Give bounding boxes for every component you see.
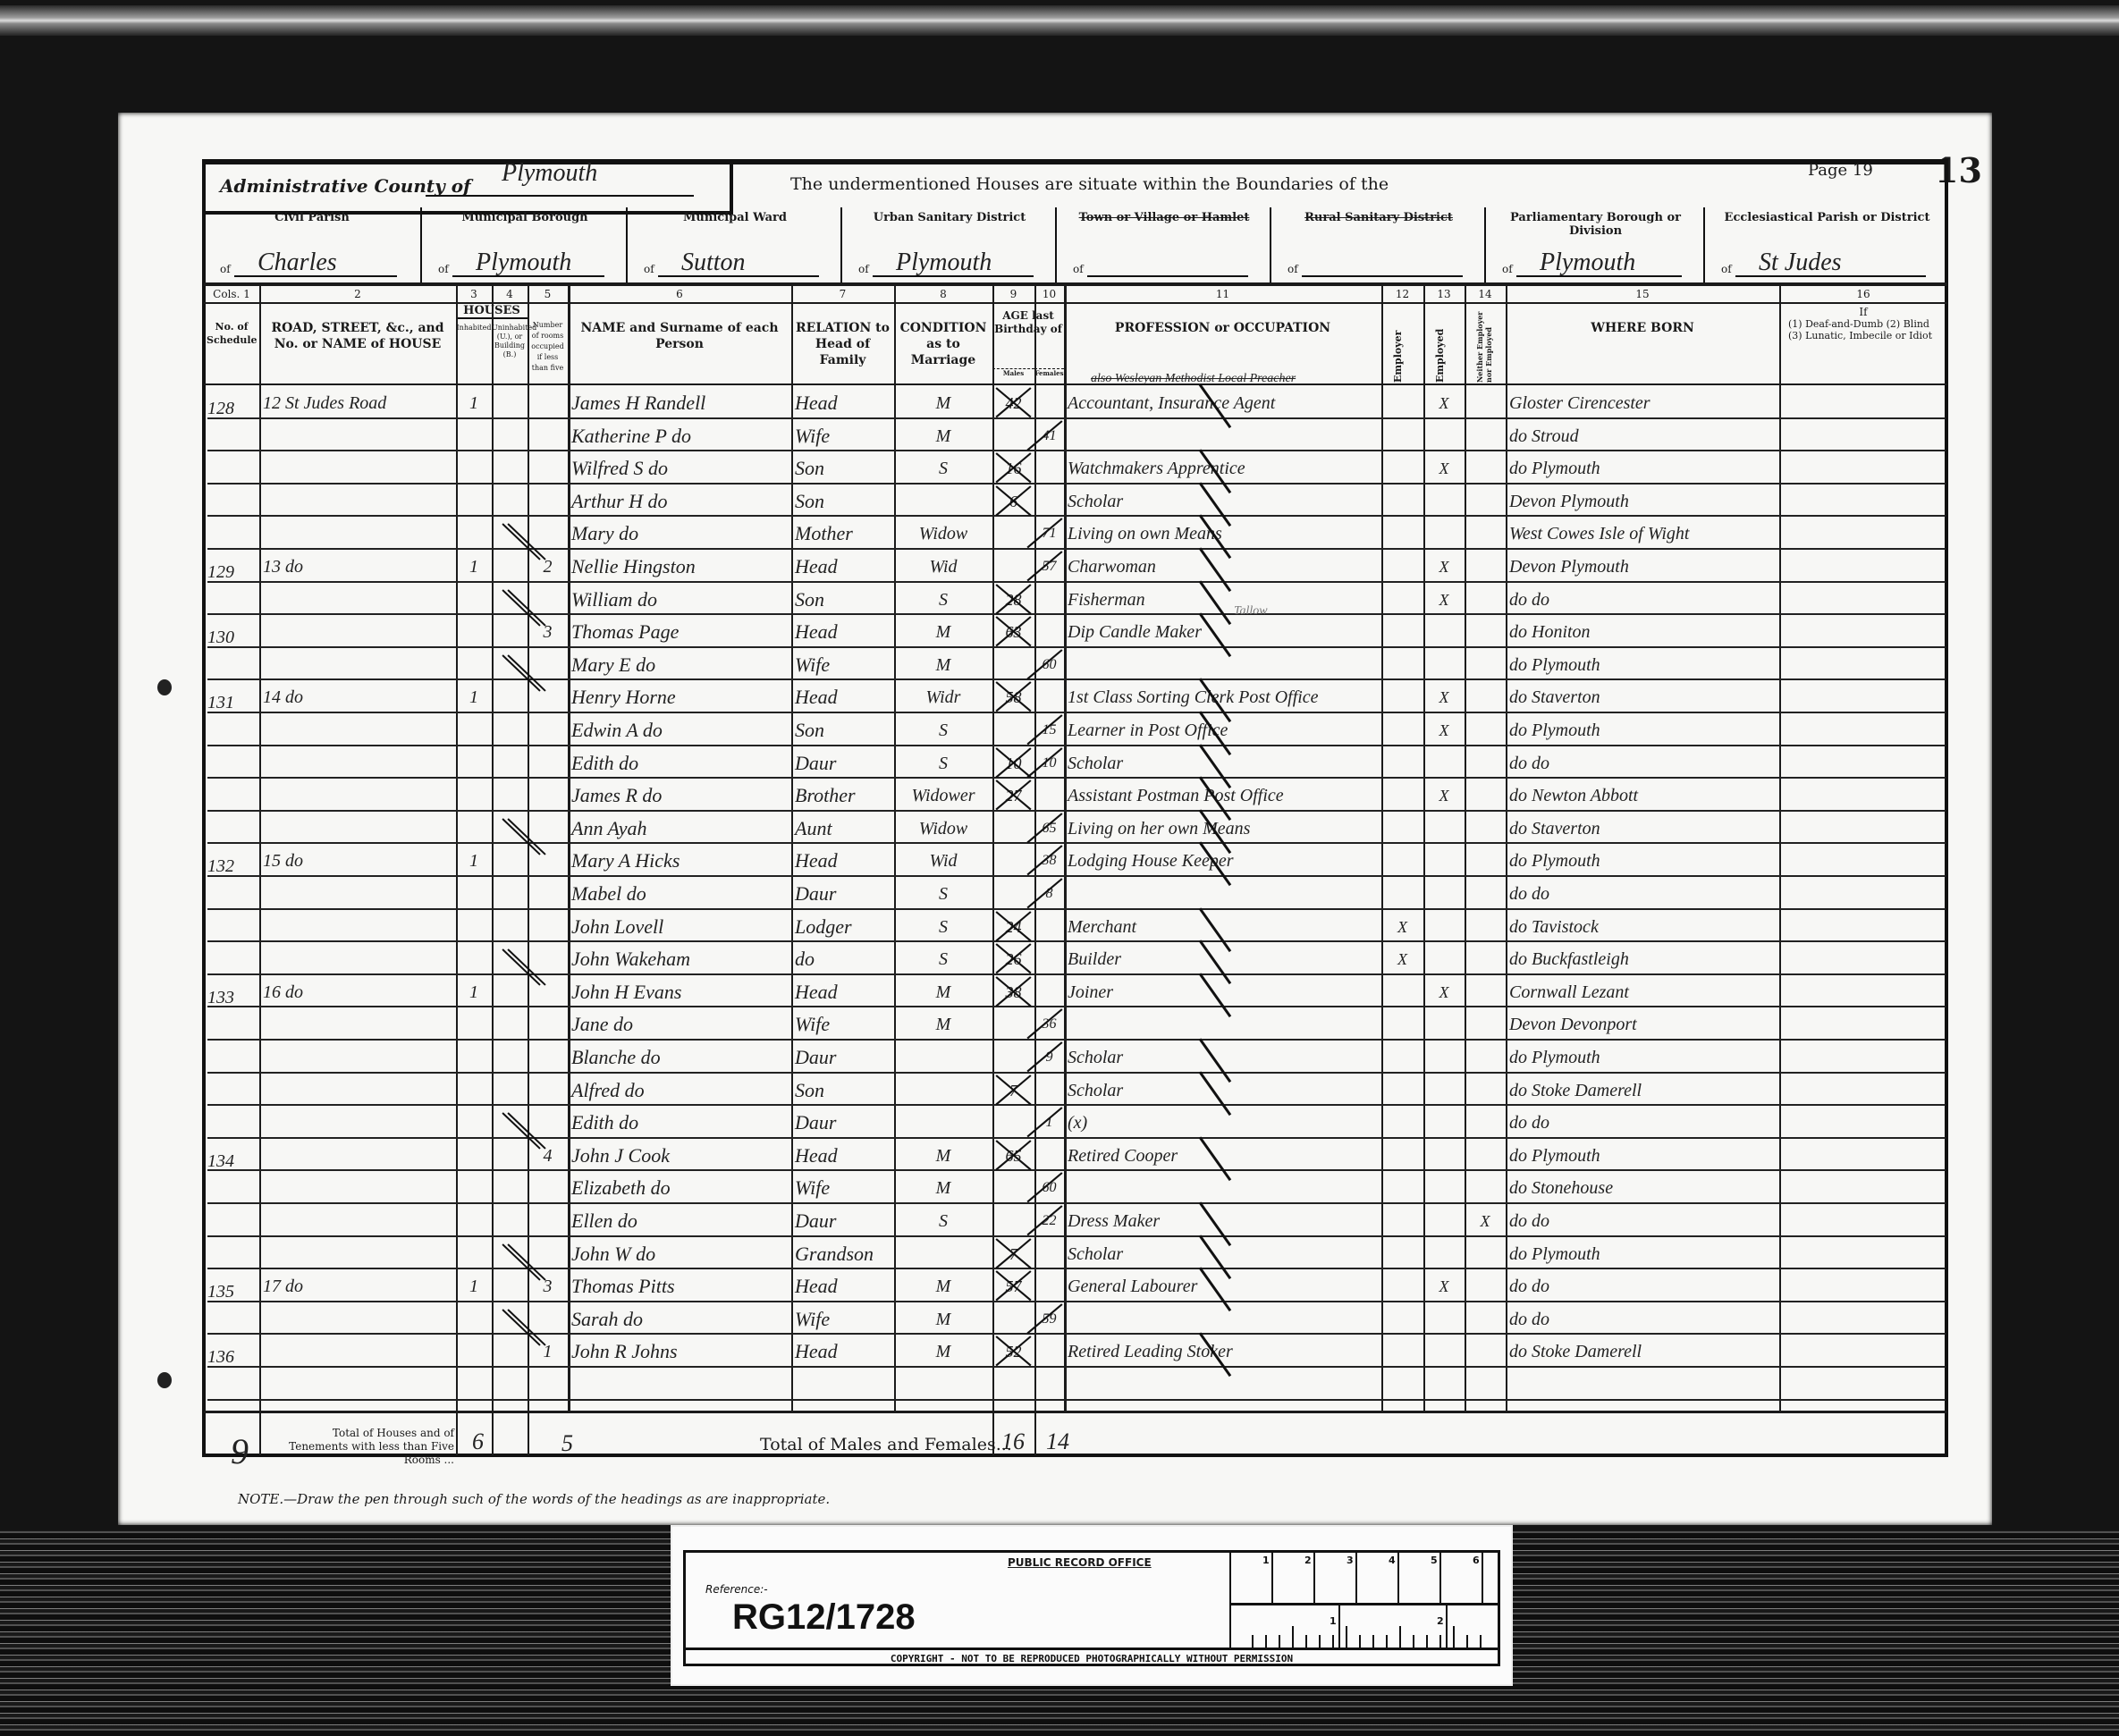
schedule-number: 136 — [207, 1344, 256, 1371]
marital-condition: Wid — [898, 553, 989, 581]
scale-tick — [1319, 1635, 1321, 1648]
tally-cross-icon — [994, 1335, 1033, 1368]
row-rule — [207, 1399, 1946, 1401]
birthplace: do Plymouth — [1509, 1044, 1776, 1072]
column-number: 8 — [894, 288, 992, 300]
birthplace: do Plymouth — [1509, 1142, 1776, 1170]
relation: Son — [795, 488, 891, 516]
employer-mark: X — [1385, 946, 1420, 973]
scale-cm-label: 3 — [1347, 1555, 1354, 1566]
column-header-schedule: No. of Schedule — [207, 320, 257, 347]
page-label: Page 19 — [1808, 161, 1873, 180]
tally-stroke-icon — [1026, 713, 1064, 746]
household-separator-icon — [499, 1111, 570, 1150]
scale-tick — [1346, 1626, 1347, 1648]
scale-tick — [1292, 1626, 1294, 1648]
marital-condition: Widower — [898, 782, 989, 810]
column-header-employer: Employer — [1392, 311, 1404, 383]
marital-condition: M — [898, 619, 989, 646]
household-separator-icon — [499, 1243, 570, 1282]
reference-slip: PUBLIC RECORD OFFICE Reference:- RG12/17… — [671, 1525, 1513, 1686]
table-row: Arthur H doSon6ScholarDevon Plymouth — [0, 485, 2119, 518]
birthplace: do Plymouth — [1509, 455, 1776, 483]
relation: Head — [795, 1273, 891, 1301]
measure-scale: 12345612 — [1229, 1553, 1499, 1648]
inhabited-mark: 1 — [460, 553, 488, 581]
column-header-occupation: PROFESSION or OCCUPATION — [1067, 320, 1379, 336]
district-municipal-ward: Municipal Ward of Sutton — [626, 207, 842, 282]
scale-tick — [1466, 1635, 1468, 1648]
occupation-annotation: also Wesleyan Methodist Local Preacher — [1091, 372, 1296, 386]
marital-condition: S — [898, 1208, 989, 1235]
birthplace: Cornwall Lezant — [1509, 979, 1776, 1007]
table-row: Edith doDaur1(x)do do — [0, 1106, 2119, 1139]
tally-stroke-icon — [1026, 1041, 1064, 1074]
relation: Son — [795, 1077, 891, 1105]
scale-inch-label: 1 — [1330, 1615, 1337, 1627]
relation: Son — [795, 455, 891, 483]
relation: Son — [795, 717, 891, 745]
marital-condition: M — [898, 1175, 989, 1202]
marital-condition: M — [898, 1338, 989, 1366]
relation: Head — [795, 553, 891, 581]
relation: Daur — [795, 881, 891, 908]
employer-mark: X — [1385, 914, 1420, 941]
table-row: Edwin A doSonS15Learner in Post OfficeXd… — [0, 713, 2119, 746]
table-row: Jane doWifeM36Devon Devonport — [0, 1007, 2119, 1041]
of-label: of — [1073, 263, 1084, 275]
table-row: 12913 do12Nellie HingstonHeadWid57Charwo… — [0, 550, 2119, 583]
table-row: John W doGrandson7Scholardo Plymouth — [0, 1237, 2119, 1270]
district-ecclesiastical-parish-or-district: Ecclesiastical Parish or District of St … — [1703, 207, 1949, 282]
scale-tick — [1279, 1635, 1280, 1648]
household-separator-icon — [499, 948, 570, 987]
marital-condition: S — [898, 717, 989, 745]
houses-total-label: Total of Houses and of Tenements with le… — [284, 1427, 454, 1467]
scale-tick — [1265, 1635, 1267, 1648]
inhabited-mark: 1 — [460, 684, 488, 712]
of-label: of — [438, 263, 449, 275]
of-label: of — [1502, 263, 1513, 275]
reference-number: RG12/1728 — [732, 1597, 916, 1638]
table-row: 12812 St Judes Road1James H RandellHeadM… — [0, 386, 2119, 419]
employed-mark: X — [1427, 684, 1461, 712]
marital-condition: Wid — [898, 847, 989, 875]
relation: Head — [795, 684, 891, 712]
marital-condition: S — [898, 946, 989, 973]
tally-stroke-icon — [1026, 746, 1064, 780]
column-header-infirmity: (1) Deaf-and-Dumb (2) Blind (3) Lunatic,… — [1788, 318, 1942, 341]
relation: Wife — [795, 652, 891, 679]
district-value: Plymouth — [476, 249, 571, 277]
marital-condition: M — [898, 390, 989, 417]
scale-tick — [1332, 1635, 1334, 1648]
tally-stroke-icon — [1026, 812, 1064, 845]
district-parliamentary-borough-or-division: Parliamentary Borough or Division of Ply… — [1484, 207, 1705, 282]
person-name: Katherine P do — [571, 423, 788, 451]
birthplace: West Cowes Isle of Wight — [1509, 520, 1776, 548]
scale-tick — [1359, 1635, 1361, 1648]
scale-tick — [1480, 1635, 1482, 1648]
relation: Head — [795, 979, 891, 1007]
scale-cm-label: 6 — [1473, 1555, 1480, 1566]
scale-cm-mark — [1397, 1553, 1399, 1603]
table-row: Sarah doWifeM59do do — [0, 1302, 2119, 1336]
relation: Daur — [795, 1044, 891, 1072]
tally-stroke-icon — [1026, 1302, 1064, 1336]
column-number: 5 — [528, 288, 568, 300]
table-row: Mabel doDaurS8do do — [0, 877, 2119, 910]
table-row: 13517 do13Thomas PittsHeadM57General Lab… — [0, 1269, 2119, 1302]
scale-tick — [1399, 1626, 1401, 1648]
persons-total-label: Total of Males and Females... — [760, 1435, 1012, 1454]
admin-county-value: Plymouth — [502, 159, 597, 188]
marital-condition: M — [898, 1273, 989, 1301]
relation: Head — [795, 1142, 891, 1170]
column-header-bottom-rule — [204, 383, 1947, 385]
column-header-inhabited: Inhabited — [456, 324, 492, 333]
district-urban-sanitary-district: Urban Sanitary District of Plymouth — [840, 207, 1057, 282]
tally-cross-icon — [994, 942, 1033, 975]
person-name: Edith do — [571, 750, 788, 778]
person-name: John H Evans — [571, 979, 788, 1007]
employed-mark: X — [1427, 455, 1461, 483]
column-number: 11 — [1064, 288, 1381, 300]
relation: Wife — [795, 1011, 891, 1039]
tally-cross-icon — [994, 680, 1033, 713]
table-row: Alfred doSon7Scholardo Stoke Damerell — [0, 1074, 2119, 1107]
person-name: Wilfred S do — [571, 455, 788, 483]
person-name: Jane do — [571, 1011, 788, 1039]
district-label: Municipal Borough — [422, 211, 628, 224]
birthplace: do Plymouth — [1509, 1241, 1776, 1268]
table-row: Mary doMotherWidow71Living on own MeansW… — [0, 517, 2119, 550]
check-stroke-icon — [1198, 1331, 1234, 1378]
birthplace: do Honiton — [1509, 619, 1776, 646]
employed-mark: X — [1427, 586, 1461, 614]
person-name: John J Cook — [571, 1142, 788, 1170]
employed-mark: X — [1427, 717, 1461, 745]
tally-cross-icon — [994, 975, 1033, 1008]
tally-cross-icon — [994, 910, 1033, 943]
females-total: 14 — [1046, 1428, 1069, 1455]
person-name: James H Randell — [571, 390, 788, 417]
column-number: 16 — [1779, 288, 1947, 300]
scale-cm-mark — [1439, 1553, 1441, 1603]
household-separator-icon — [499, 1308, 570, 1347]
tally-cross-icon — [994, 583, 1033, 616]
person-name: Nellie Hingston — [571, 553, 788, 581]
table-row: Ann AyahAuntWidow65Living on her own Mea… — [0, 812, 2119, 845]
table-row: James R doBrotherWidower27Assistant Post… — [0, 779, 2119, 812]
relation: Head — [795, 619, 891, 646]
scale-divider — [1231, 1603, 1499, 1605]
marital-condition: S — [898, 586, 989, 614]
tally-cross-icon — [994, 1139, 1033, 1172]
tally-cross-icon — [994, 386, 1033, 419]
footnote: NOTE.—Draw the pen through such of the w… — [238, 1491, 830, 1507]
relation: Daur — [795, 750, 891, 778]
tally-stroke-icon — [1026, 550, 1064, 583]
birthplace: do Staverton — [1509, 684, 1776, 712]
row-rule — [207, 1366, 1946, 1368]
person-name: John Wakeham — [571, 946, 788, 973]
column-header-uninhabited: Uninhabited (U.), or Building (B.) — [492, 324, 528, 359]
person-name: Mabel do — [571, 881, 788, 908]
column-number: 10 — [1034, 288, 1064, 300]
column-number: 2 — [259, 288, 456, 300]
scale-tick — [1413, 1635, 1414, 1648]
scale-tick — [1305, 1635, 1307, 1648]
employed-mark: X — [1427, 1273, 1461, 1301]
inhabited-mark: 1 — [460, 1273, 488, 1301]
person-name: Ann Ayah — [571, 815, 788, 843]
copyright-notice: COPYRIGHT - NOT TO BE REPRODUCED PHOTOGR… — [686, 1648, 1498, 1668]
employed-mark: X — [1427, 390, 1461, 417]
district-underline — [1302, 275, 1463, 277]
column-number: 3 — [456, 288, 492, 300]
person-name: Thomas Pitts — [571, 1273, 788, 1301]
schedules-count: 9 — [231, 1430, 249, 1472]
occupation: (x) — [1068, 1109, 1378, 1137]
person-name: John Lovell — [571, 914, 788, 941]
table-row: 1303Thomas PageHeadM63Dip Candle Makerdo… — [0, 615, 2119, 648]
marital-condition: M — [898, 1011, 989, 1039]
district-value: Charles — [257, 249, 337, 277]
inhabited-mark: 1 — [460, 390, 488, 417]
scale-tick — [1372, 1635, 1374, 1648]
relation: Aunt — [795, 815, 891, 843]
person-name: John R Johns — [571, 1338, 788, 1366]
marital-condition: S — [898, 881, 989, 908]
tally-cross-icon — [994, 779, 1033, 812]
person-name: Edith do — [571, 1109, 788, 1137]
scale-tick — [1252, 1635, 1254, 1648]
relation: Head — [795, 847, 891, 875]
scale-cm-label: 5 — [1431, 1555, 1438, 1566]
scanner-edge-top — [0, 5, 2119, 36]
scale-cm-mark — [1313, 1553, 1315, 1603]
birthplace: do Plymouth — [1509, 652, 1776, 679]
table-row: 13215 do1Mary A HicksHeadWid38Lodging Ho… — [0, 844, 2119, 877]
person-name: Ellen do — [571, 1208, 788, 1235]
birthplace: do Plymouth — [1509, 847, 1776, 875]
column-number: 6 — [568, 288, 791, 300]
district-label: Urban Sanitary District — [842, 211, 1057, 224]
scale-inch-label: 2 — [1437, 1615, 1444, 1627]
household-separator-icon — [499, 588, 570, 628]
household-separator-icon — [499, 522, 570, 561]
district-value: Sutton — [681, 249, 746, 277]
column-header-males: Males — [992, 368, 1034, 377]
marital-condition: S — [898, 750, 989, 778]
person-name: Alfred do — [571, 1077, 788, 1105]
column-header-relation: RELATION to Head of Family — [794, 320, 891, 368]
of-label: of — [220, 263, 231, 275]
marital-condition: M — [898, 652, 989, 679]
reference-label: Reference:- — [705, 1583, 768, 1596]
males-total: 16 — [1001, 1428, 1025, 1455]
marital-condition: S — [898, 455, 989, 483]
table-row: Ellen doDaurS22Dress MakerXdo do — [0, 1204, 2119, 1237]
marital-condition: M — [898, 423, 989, 451]
rooms-total: 5 — [561, 1430, 573, 1457]
column-number: 7 — [791, 288, 894, 300]
birthplace: do Tavistock — [1509, 914, 1776, 941]
scale-cm-label: 1 — [1262, 1555, 1270, 1566]
scale-tick — [1386, 1635, 1388, 1648]
table-row: 1344John J CookHeadM65Retired Cooperdo P… — [0, 1139, 2119, 1172]
relation: Brother — [795, 782, 891, 810]
district-value: St Judes — [1759, 249, 1842, 277]
scale-cm-mark — [1482, 1553, 1483, 1603]
relation: Mother — [795, 520, 891, 548]
road-address: 13 do — [263, 553, 452, 581]
scale-cm-label: 2 — [1304, 1555, 1312, 1566]
person-name: Mary A Hicks — [571, 847, 788, 875]
column-number: Cols. 1 — [204, 288, 259, 300]
column-number: 9 — [992, 288, 1034, 300]
relation: Daur — [795, 1109, 891, 1137]
column-number: 15 — [1506, 288, 1779, 300]
of-label: of — [858, 263, 869, 275]
scale-cm-label: 4 — [1389, 1555, 1396, 1566]
punch-hole-bottom — [157, 1372, 172, 1388]
relation: Daur — [795, 1208, 891, 1235]
person-name: John W do — [571, 1241, 788, 1268]
tally-stroke-icon — [1026, 1204, 1064, 1237]
tally-stroke-icon — [1026, 1171, 1064, 1204]
table-row: Blanche doDaur9Scholardo Plymouth — [0, 1041, 2119, 1074]
of-label: of — [644, 263, 654, 275]
birthplace: Devon Plymouth — [1509, 488, 1776, 516]
header-rule — [204, 282, 1947, 286]
birthplace: do do — [1509, 1273, 1776, 1301]
admin-county-label: Administrative County of — [220, 175, 471, 197]
birthplace: do Staverton — [1509, 815, 1776, 843]
table-row: William doSonS28FishermanXdo do — [0, 583, 2119, 616]
relation: Son — [795, 586, 891, 614]
column-number: 13 — [1423, 288, 1465, 300]
marital-condition: Widr — [898, 684, 989, 712]
employed-mark: X — [1427, 553, 1461, 581]
table-row: John LovellLodgerS24MerchantXdo Tavistoc… — [0, 910, 2119, 943]
relation: Wife — [795, 1175, 891, 1202]
public-record-office: PUBLIC RECORD OFFICE — [1008, 1556, 1152, 1569]
relation: Head — [795, 390, 891, 417]
district-label: Municipal Ward — [628, 211, 842, 224]
reference-slip-border: PUBLIC RECORD OFFICE Reference:- RG12/17… — [683, 1550, 1500, 1666]
birthplace: Gloster Cirencester — [1509, 390, 1776, 417]
household-separator-icon — [499, 653, 570, 693]
tally-stroke-icon — [1026, 1106, 1064, 1139]
intro-text: The undermentioned Houses are situate wi… — [790, 174, 1389, 194]
district-civil-parish: Civil Parish of Charles — [204, 207, 420, 282]
inhabited-mark: 1 — [460, 979, 488, 1007]
column-header-age: AGE last Birthday of — [992, 309, 1064, 336]
table-row: Mary E doWifeM60do Plymouth — [0, 648, 2119, 681]
relation: Lodger — [795, 914, 891, 941]
tally-cross-icon — [994, 615, 1033, 648]
occupation-annotation: Tallow — [1234, 604, 1268, 619]
district-label: Ecclesiastical Parish or District — [1705, 211, 1949, 224]
person-name: Blanche do — [571, 1044, 788, 1072]
relation: do — [795, 946, 891, 973]
marital-condition: Widow — [898, 520, 989, 548]
admin-county-box: Administrative County of Plymouth — [202, 159, 733, 215]
road-address: 14 do — [263, 684, 452, 712]
birthplace: Devon Plymouth — [1509, 553, 1776, 581]
tally-stroke-icon — [1026, 877, 1064, 910]
birthplace: do do — [1509, 750, 1776, 778]
scale-tick — [1426, 1635, 1428, 1648]
person-name: Sarah do — [571, 1306, 788, 1334]
scale-tick — [1453, 1626, 1455, 1648]
table-row: Katherine P doWifeM41do Stroud — [0, 419, 2119, 452]
houses-total-label-text: Total of Houses and of Tenements with le… — [289, 1427, 454, 1466]
tally-stroke-icon — [1026, 844, 1064, 877]
table-row: 13114 do1Henry HorneHeadWidr581st Class … — [0, 680, 2119, 713]
table-row: Edith doDaurS1010Scholardo do — [0, 746, 2119, 780]
scale-inch-mark — [1446, 1603, 1448, 1648]
district-rural-sanitary-district: Rural Sanitary District of — [1270, 207, 1486, 282]
column-header-name: NAME and Surname of each Person — [570, 320, 789, 352]
birthplace: do do — [1509, 586, 1776, 614]
relation: Wife — [795, 1306, 891, 1334]
table-row: Elizabeth doWifeM60do Stonehouse — [0, 1171, 2119, 1204]
marital-condition: M — [898, 979, 989, 1007]
person-name: Mary do — [571, 520, 788, 548]
relation: Grandson — [795, 1241, 891, 1268]
table-row: Wilfred S doSonS16Watchmakers Apprentice… — [0, 451, 2119, 485]
relation: Wife — [795, 423, 891, 451]
birthplace: do do — [1509, 1208, 1776, 1235]
tally-stroke-icon — [1026, 517, 1064, 550]
person-name: Elizabeth do — [571, 1175, 788, 1202]
birthplace: do Newton Abbott — [1509, 782, 1776, 810]
column-number: 12 — [1381, 288, 1423, 300]
column-header-employed: Employed — [1434, 311, 1446, 383]
birthplace: do Plymouth — [1509, 717, 1776, 745]
tally-cross-icon — [994, 451, 1033, 485]
birthplace: do Stoke Damerell — [1509, 1077, 1776, 1105]
birthplace: do do — [1509, 881, 1776, 908]
district-underline — [1087, 275, 1248, 277]
district-municipal-borough: Municipal Borough of Plymouth — [420, 207, 628, 282]
relation: Head — [795, 1338, 891, 1366]
scale-tick — [1439, 1635, 1441, 1648]
column-header-neither: Neither Employer nor Employed — [1475, 311, 1493, 383]
district-value: Plymouth — [896, 249, 992, 277]
marital-condition: S — [898, 914, 989, 941]
column-header-road: ROAD, STREET, &c., and No. or NAME of HO… — [262, 320, 453, 352]
birthplace: do do — [1509, 1109, 1776, 1137]
inhabited-total: 6 — [472, 1428, 484, 1455]
column-header-infirmity-if: If — [1779, 306, 1947, 318]
column-number: 14 — [1465, 288, 1506, 300]
table-row: 1361John R JohnsHeadM52Retired Leading S… — [0, 1335, 2119, 1368]
road-address: 12 St Judes Road — [263, 390, 452, 417]
tally-stroke-icon — [1026, 1007, 1064, 1041]
district-label: Civil Parish — [204, 211, 420, 224]
person-name: Henry Horne — [571, 684, 788, 712]
scale-cm-mark — [1271, 1553, 1273, 1603]
road-address: 15 do — [263, 847, 452, 875]
marital-condition: M — [898, 1306, 989, 1334]
tally-stroke-icon — [1026, 419, 1064, 452]
district-label: Rural Sanitary District — [1271, 211, 1486, 224]
road-address: 17 do — [263, 1273, 452, 1301]
